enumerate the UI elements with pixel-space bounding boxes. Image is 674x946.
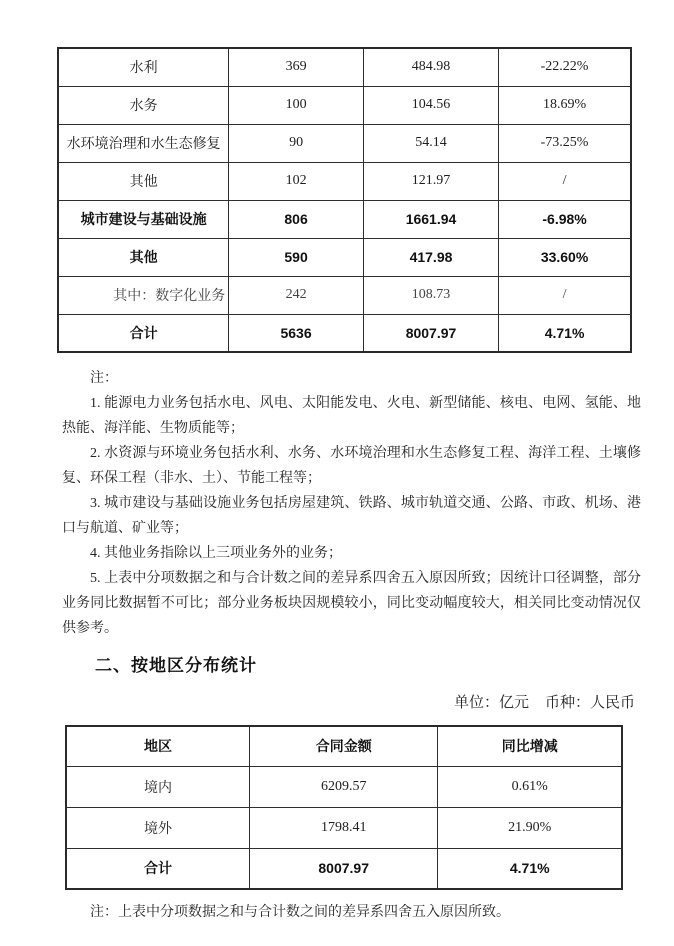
table-row: 水环境治理和水生态修复 90 54.14 -73.25% xyxy=(58,124,631,162)
unit-line: 单位：亿元币种：人民币 xyxy=(57,691,635,712)
column-header-amount: 合同金额 xyxy=(249,726,437,766)
cell-contract-count: 242 xyxy=(229,276,364,314)
cell-yoy-change: -73.25% xyxy=(499,124,631,162)
region-table: 地区 合同金额 同比增减 境内 6209.57 0.61% 境外 1798.41… xyxy=(65,725,623,890)
cell-yoy-change: / xyxy=(499,162,631,200)
table-row-total: 合计 8007.97 4.71% xyxy=(66,848,622,889)
unit-label: 单位：亿元 xyxy=(454,695,529,711)
table-row: 其中：数字化业务 242 108.73 / xyxy=(58,276,631,314)
cell-contract-count: 590 xyxy=(229,238,364,276)
cell-segment-label: 水务 xyxy=(58,86,229,124)
note-item: 5. 上表中分项数据之和与合计数之间的差异系四舍五入原因所致；因统计口径调整，部… xyxy=(62,566,641,641)
cell-segment-label: 水环境治理和水生态修复 xyxy=(58,124,229,162)
cell-segment-label: 其他 xyxy=(58,162,229,200)
region-table-footnote: 注：上表中分项数据之和与合计数之间的差异系四舍五入原因所致。 xyxy=(62,902,641,924)
table-row: 水利 369 484.98 -22.22% xyxy=(58,48,631,86)
cell-contract-amount: 8007.97 xyxy=(249,848,437,889)
table-row: 境内 6209.57 0.61% xyxy=(66,766,622,807)
cell-contract-count: 102 xyxy=(229,162,364,200)
cell-contract-amount: 54.14 xyxy=(363,124,498,162)
cell-region: 境内 xyxy=(66,766,249,807)
table-row: 城市建设与基础设施 806 1661.94 -6.98% xyxy=(58,200,631,238)
table-row-total: 合计 5636 8007.97 4.71% xyxy=(58,314,631,352)
notes-label: 注： xyxy=(62,366,641,391)
cell-yoy-change: 18.69% xyxy=(499,86,631,124)
table-header-row: 地区 合同金额 同比增减 xyxy=(66,726,622,766)
cell-contract-amount: 8007.97 xyxy=(363,314,498,352)
notes-section: 注： 1. 能源电力业务包括水电、风电、太阳能发电、火电、新型储能、核电、电网、… xyxy=(62,366,641,641)
cell-yoy-change: -22.22% xyxy=(499,48,631,86)
column-header-region: 地区 xyxy=(66,726,249,766)
cell-yoy-change: 21.90% xyxy=(438,807,622,848)
cell-yoy-change: 4.71% xyxy=(438,848,622,889)
table-row: 水务 100 104.56 18.69% xyxy=(58,86,631,124)
cell-region: 合计 xyxy=(66,848,249,889)
cell-yoy-change: 4.71% xyxy=(499,314,631,352)
cell-yoy-change: 33.60% xyxy=(499,238,631,276)
cell-yoy-change: 0.61% xyxy=(438,766,622,807)
cell-contract-count: 100 xyxy=(229,86,364,124)
cell-contract-amount: 417.98 xyxy=(363,238,498,276)
table-row: 其他 102 121.97 / xyxy=(58,162,631,200)
cell-contract-amount: 104.56 xyxy=(363,86,498,124)
cell-segment-label: 水利 xyxy=(58,48,229,86)
column-header-yoy: 同比增减 xyxy=(438,726,622,766)
cell-contract-amount: 6209.57 xyxy=(249,766,437,807)
cell-yoy-change: / xyxy=(499,276,631,314)
table-row: 其他 590 417.98 33.60% xyxy=(58,238,631,276)
note-item: 2. 水资源与环境业务包括水利、水务、水环境治理和水生态修复工程、海洋工程、土壤… xyxy=(62,441,641,491)
cell-contract-count: 90 xyxy=(229,124,364,162)
cell-region: 境外 xyxy=(66,807,249,848)
section-heading: 二、按地区分布统计 xyxy=(95,651,257,676)
note-item: 4. 其他业务指除以上三项业务外的业务； xyxy=(62,541,641,566)
note-item: 3. 城市建设与基础设施业务包括房屋建筑、铁路、城市轨道交通、公路、市政、机场、… xyxy=(62,491,641,541)
cell-contract-amount: 1798.41 xyxy=(249,807,437,848)
cell-contract-amount: 121.97 xyxy=(363,162,498,200)
currency-label: 币种：人民币 xyxy=(545,695,635,711)
table-row: 境外 1798.41 21.90% xyxy=(66,807,622,848)
cell-yoy-change: -6.98% xyxy=(499,200,631,238)
cell-contract-count: 806 xyxy=(229,200,364,238)
cell-segment-label: 其中：数字化业务 xyxy=(58,276,229,314)
cell-contract-amount: 484.98 xyxy=(363,48,498,86)
cell-contract-amount: 108.73 xyxy=(363,276,498,314)
document-page: 水利 369 484.98 -22.22% 水务 100 104.56 18.6… xyxy=(0,0,674,946)
note-item: 1. 能源电力业务包括水电、风电、太阳能发电、火电、新型储能、核电、电网、氢能、… xyxy=(62,391,641,441)
cell-segment-label: 合计 xyxy=(58,314,229,352)
cell-segment-label: 其他 xyxy=(58,238,229,276)
business-segment-table: 水利 369 484.98 -22.22% 水务 100 104.56 18.6… xyxy=(57,47,632,353)
cell-contract-count: 5636 xyxy=(229,314,364,352)
cell-contract-count: 369 xyxy=(229,48,364,86)
cell-segment-label: 城市建设与基础设施 xyxy=(58,200,229,238)
cell-contract-amount: 1661.94 xyxy=(363,200,498,238)
